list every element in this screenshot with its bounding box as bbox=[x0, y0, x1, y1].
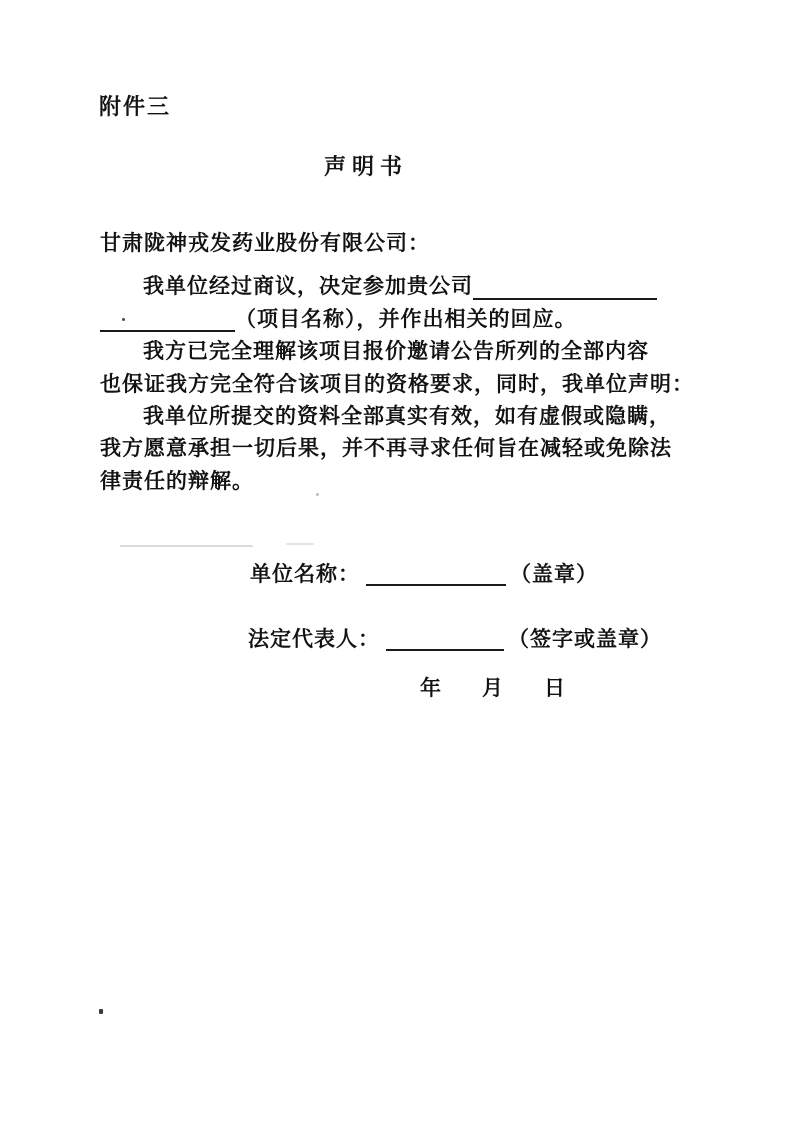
paragraph1-line2: （项目名称），并作出相关的回应。 bbox=[100, 304, 657, 336]
body-text: 甘肃陇神戎发药业股份有限公司： 我单位经过商议，决定参加贵公司 （项目名称），并… bbox=[100, 228, 657, 498]
legal-representative-label: 法定代表人： bbox=[248, 623, 380, 653]
paragraph3-line2: 我方愿意承担一切后果，并不再寻求任何旨在减轻或免除法 bbox=[100, 433, 657, 465]
blank-underline-project bbox=[473, 271, 657, 299]
paragraph2-line1: 我方已完全理解该项目报价邀请公告所列的全部内容 bbox=[100, 336, 657, 368]
scan-speck bbox=[99, 1009, 103, 1014]
scan-smudge bbox=[286, 543, 314, 545]
salutation-line: 甘肃陇神戎发药业股份有限公司： bbox=[100, 228, 657, 260]
legal-representative-blank-underline bbox=[386, 631, 504, 651]
signature-or-seal-note: （签字或盖章） bbox=[508, 623, 662, 653]
paragraph1-line1: 我单位经过商议，决定参加贵公司 bbox=[100, 271, 657, 303]
unit-name-row: 单位名称： （盖章） bbox=[250, 558, 598, 588]
attachment-label: 附件三 bbox=[99, 90, 171, 121]
date-year-label: 年 bbox=[420, 672, 441, 702]
seal-note: （盖章） bbox=[510, 558, 598, 588]
date-month-label: 月 bbox=[482, 672, 503, 702]
unit-name-label: 单位名称： bbox=[250, 558, 360, 588]
date-line: 年 月 日 bbox=[420, 672, 565, 702]
scan-smudge bbox=[120, 545, 253, 547]
date-day-label: 日 bbox=[544, 672, 565, 702]
paragraph-indent bbox=[100, 271, 143, 303]
paragraph2-line2: 也保证我方完全符合该项目的资格要求，同时，我单位声明： bbox=[100, 369, 657, 401]
document-title: 声明书 bbox=[0, 150, 732, 181]
blank-underline-project-continued bbox=[100, 304, 235, 332]
paragraph3-line3: 律责任的辩解。 bbox=[100, 466, 657, 498]
unit-name-blank-underline bbox=[366, 566, 506, 586]
paragraph3-line1: 我单位所提交的资料全部真实有效，如有虚假或隐瞒， bbox=[100, 401, 657, 433]
scanned-document-page: 附件三 声明书 甘肃陇神戎发药业股份有限公司： 我单位经过商议，决定参加贵公司 … bbox=[0, 0, 793, 1122]
paragraph1-line2-text: （项目名称），并作出相关的回应。 bbox=[235, 304, 577, 336]
paragraph1-line1-text: 我单位经过商议，决定参加贵公司 bbox=[143, 271, 473, 303]
legal-representative-row: 法定代表人： （签字或盖章） bbox=[248, 623, 662, 653]
